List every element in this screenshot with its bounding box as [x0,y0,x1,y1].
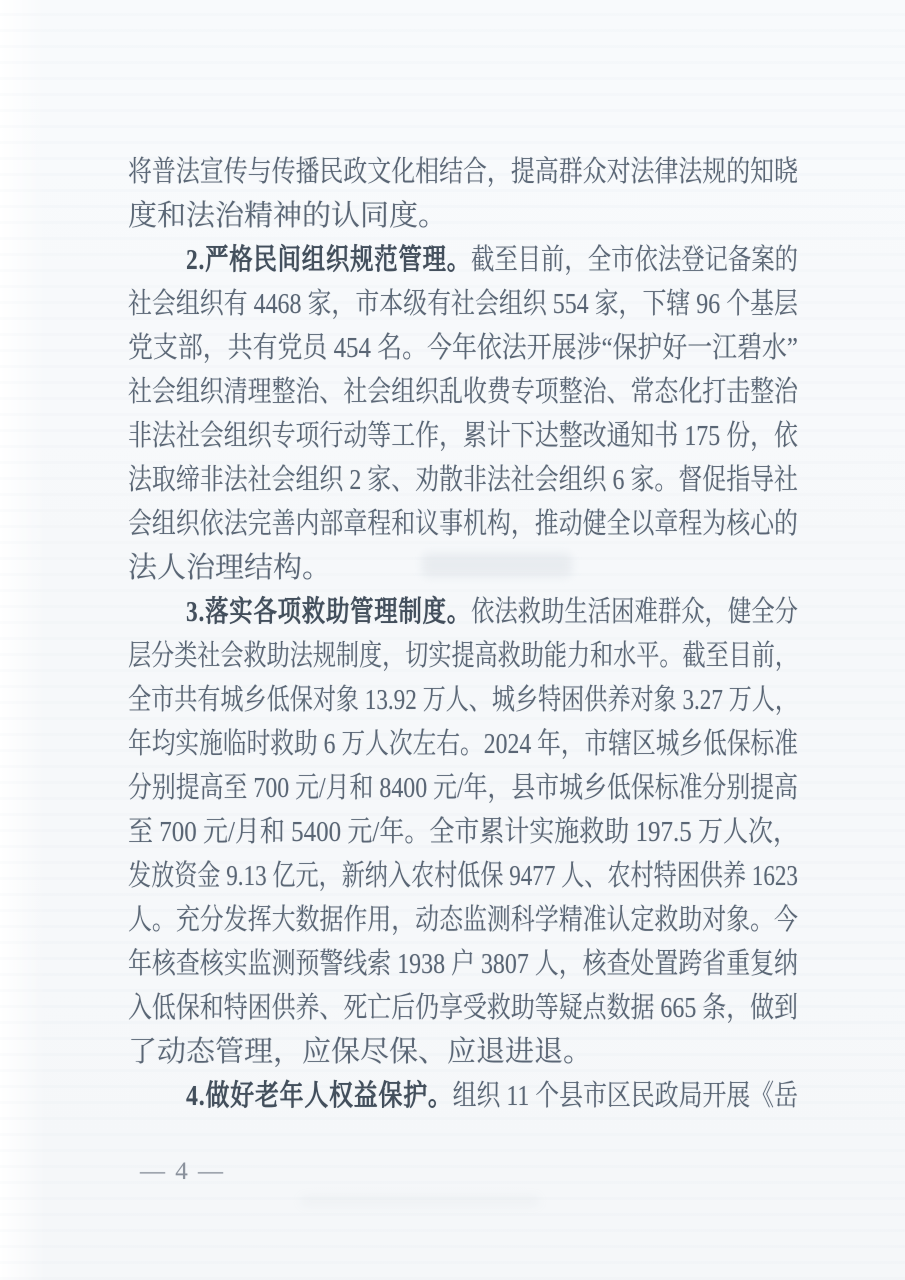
paragraph-3-line-5: 分别提高至 700 元/月和 8400 元/年，县市城乡低保标准分别提高 [128,766,798,810]
text-run: 分别提高至 700 元/月和 8400 元/年，县市城乡低保标准分别提高 [128,772,798,804]
text-run: 依法救助生活困难群众，健全分 [471,596,798,628]
text-run: 年均实施临时救助 6 万人次左右。2024 年，市辖区城乡低保标准 [128,728,798,760]
paragraph-3-line-1: 3.落实各项救助管理制度。依法救助生活困难群众，健全分 [128,590,798,634]
paragraph-2-line-5: 非法社会组织专项行动等工作，累计下达整改通知书 175 份，依 [128,414,798,458]
text-run: 至 700 元/月和 5400 元/年。全市累计实施救助 197.5 万人次， [128,816,798,848]
paragraph-3-line-4: 年均实施临时救助 6 万人次左右。2024 年，市辖区城乡低保标准 [128,722,798,766]
text-run: 年核查核实监测预警线索 1938 户 3807 人，核查处置跨省重复纳 [128,948,798,980]
paragraph-3-line-8: 人。充分发挥大数据作用，动态监测科学精准认定救助对象。今 [128,898,798,942]
paragraph-2-line-3: 党支部，共有党员 454 名。今年依法开展涉“保护好一江碧水” [128,326,798,370]
paragraph-3-line-3: 全市共有城乡低保对象 13.92 万人、城乡特困供养对象 3.27 万人， [128,678,798,722]
paragraph-3-line-9: 年核查核实监测预警线索 1938 户 3807 人，核查处置跨省重复纳 [128,942,798,986]
text-run: 党支部，共有党员 454 名。今年依法开展涉“保护好一江碧水” [128,332,798,364]
text-run: 截至目前，全市依法登记备案的 [471,244,798,276]
paragraph-3-line-6: 至 700 元/月和 5400 元/年。全市累计实施救助 197.5 万人次， [128,810,798,854]
text-run: 了动态管理，应保尽保、应退进退。 [128,1036,592,1068]
paragraph-1-line-2: 度和法治精神的认同度。 [128,194,798,238]
heading-run: 3.落实各项救助管理制度。 [186,596,471,628]
text-run: 将普法宣传与传播民政文化相结合，提高群众对法律法规的知晓 [128,156,798,188]
paragraph-2-line-8: 法人治理结构。 [128,546,798,590]
text-run: 全市共有城乡低保对象 13.92 万人、城乡特困供养对象 3.27 万人， [128,684,798,716]
paragraph-3-line-10: 入低保和特困供养、死亡后仍享受救助等疑点数据 665 条，做到 [128,986,798,1030]
text-run: 社会组织清理整治、社会组织乱收费专项整治、常态化打击整治 [128,376,798,408]
text-run: 社会组织有 4468 家，市本级有社会组织 554 家，下辖 96 个基层 [128,288,798,320]
text-run: 发放资金 9.13 亿元，新纳入农村低保 9477 人、农村特困供养 1623 [128,860,798,892]
paragraph-3-line-7: 发放资金 9.13 亿元，新纳入农村低保 9477 人、农村特困供养 1623 [128,854,798,898]
text-run: 入低保和特困供养、死亡后仍享受救助等疑点数据 665 条，做到 [128,992,798,1024]
text-run: 组织 11 个县市区民政局开展《岳 [453,1080,798,1112]
paragraph-3-line-2: 层分类社会救助法规制度，切实提高救助能力和水平。截至目前， [128,634,798,678]
text-run: 非法社会组织专项行动等工作，累计下达整改通知书 175 份，依 [128,420,798,452]
text-run: 会组织依法完善内部章程和议事机构，推动健全以章程为核心的 [128,508,798,540]
page-number: — 4 — [140,1150,225,1194]
text-run: 法人治理结构。 [128,552,331,584]
text-run: 度和法治精神的认同度。 [128,200,447,232]
paragraph-3-line-11: 了动态管理，应保尽保、应退进退。 [128,1030,798,1074]
document-body: 将普法宣传与传播民政文化相结合，提高群众对法律法规的知晓度和法治精神的认同度。2… [128,150,798,1118]
heading-run: 2.严格民间组织规范管理。 [186,244,471,276]
paragraph-2-line-7: 会组织依法完善内部章程和议事机构，推动健全以章程为核心的 [128,502,798,546]
paragraph-2-line-2: 社会组织有 4468 家，市本级有社会组织 554 家，下辖 96 个基层 [128,282,798,326]
paragraph-2-line-6: 法取缔非法社会组织 2 家、劝散非法社会组织 6 家。督促指导社 [128,458,798,502]
text-run: 人。充分发挥大数据作用，动态监测科学精准认定救助对象。今 [128,904,798,936]
scan-smudge [300,1196,540,1206]
paragraph-4-line-1: 4.做好老年人权益保护。组织 11 个县市区民政局开展《岳 [128,1074,798,1118]
text-run: 法取缔非法社会组织 2 家、劝散非法社会组织 6 家。督促指导社 [128,464,798,496]
paragraph-1-line-1: 将普法宣传与传播民政文化相结合，提高群众对法律法规的知晓 [128,150,798,194]
heading-run: 4.做好老年人权益保护。 [186,1080,453,1112]
text-run: 层分类社会救助法规制度，切实提高救助能力和水平。截至目前， [128,640,798,672]
paragraph-2-line-4: 社会组织清理整治、社会组织乱收费专项整治、常态化打击整治 [128,370,798,414]
paragraph-2-line-1: 2.严格民间组织规范管理。截至目前，全市依法登记备案的 [128,238,798,282]
scanned-document-page: { "document": { "colors": { "text": "#5a… [0,0,905,1280]
